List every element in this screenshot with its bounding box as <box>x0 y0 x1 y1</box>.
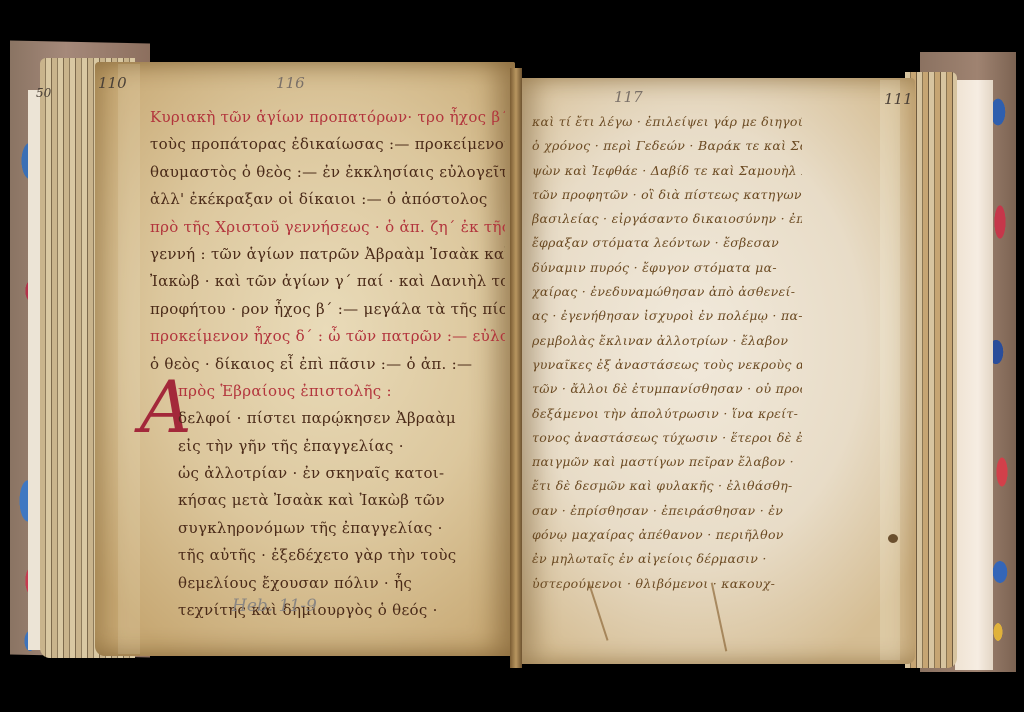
text-line: ψὼν καὶ Ἰεφθάε · Δαβίδ τε καὶ Σαμουὴλ κα… <box>532 159 802 183</box>
folio-number-right-inner: 117 <box>614 88 643 106</box>
book-gutter <box>510 68 522 668</box>
pencil-annotation: Heb. 11-9 <box>232 596 317 616</box>
text-line: πρὸ τῆς Χριστοῦ γεννήσεως · ὁ ἀπ. ζη΄ ἐκ… <box>150 214 505 241</box>
endpaper-right <box>955 80 993 670</box>
text-line: ὡς ἀλλοτρίαν · ἐν σκηναῖς κατοι- <box>150 460 505 487</box>
folio-number-left-inner: 116 <box>276 74 305 92</box>
text-line: ἐν μηλωταῖς ἐν αἰγείοις δέρμασιν · <box>532 547 802 571</box>
text-line: δεξάμενοι τὴν ἀπολύτρωσιν · ἵνα κρείτ- <box>532 402 802 426</box>
text-line: τῆς αὐτῆς · ἐξεδέχετο γὰρ τὴν τοὺς <box>150 542 505 569</box>
text-line: ὁ θεὸς · δίκαιος εἶ ἐπὶ πᾶσιν :— ὁ ἀπ. :… <box>150 351 505 378</box>
text-line: συγκληρονόμων τῆς ἐπαγγελίας · <box>150 515 505 542</box>
text-line: προφήτου · ρον ἦχος β΄ :— μεγάλα τὰ τῆς … <box>150 296 505 323</box>
text-line: τῶν προφητῶν · οἳ διὰ πίστεως κατηγωνίσα… <box>532 183 802 207</box>
text-line: γυναῖκες ἐξ ἀναστάσεως τοὺς νεκροὺς αὐ- <box>532 353 802 377</box>
text-line: ὁ χρόνος · περὶ Γεδεών · Βαράκ τε καὶ Σα… <box>532 134 802 158</box>
text-line: κήσας μετὰ Ἰσαὰκ καὶ Ἰακὼβ τῶν <box>150 487 505 514</box>
text-line: προκείμενον ἦχος δ΄ : ὦ τῶν πατρῶν :— εὐ… <box>150 323 505 350</box>
text-line: θεμελίους ἔχουσαν πόλιν · ἧς <box>150 570 505 597</box>
text-line: ἔτι δὲ δεσμῶν καὶ φυλακῆς · ἐλιθάσθη- <box>532 474 802 498</box>
ruling-strip-left <box>118 64 140 654</box>
text-line: τῶν · ἄλλοι δὲ ἐτυμπανίσθησαν · οὐ προσ- <box>532 377 802 401</box>
text-line: Κυριακὴ τῶν ἁγίων προπατόρων· τρο ἦχος β… <box>150 104 505 131</box>
text-line: ὑστερούμενοι · θλιβόμενοι · κακουχ- <box>532 572 802 596</box>
text-line: δελφοί · πίστει παρῴκησεν Ἀβραὰμ <box>150 405 505 432</box>
text-line: σαν · ἐπρίσθησαν · ἐπειράσθησαν · ἐν <box>532 499 802 523</box>
folio-number-left-outer: 110 <box>98 74 127 92</box>
ink-blot <box>888 534 898 543</box>
folio-number-right-outer: 111 <box>884 90 913 108</box>
right-page-text: καὶ τί ἔτι λέγω · ἐπιλείψει γάρ με διηγο… <box>532 110 802 596</box>
text-line: γεννή : τῶν ἁγίων πατρῶν Ἀβραὰμ Ἰσαὰκ κα… <box>150 241 505 268</box>
left-page-text: Κυριακὴ τῶν ἁγίων προπατόρων· τρο ἦχος β… <box>150 104 505 624</box>
text-line: ας · ἐγενήθησαν ἰσχυροὶ ἐν πολέμῳ · πα- <box>532 304 802 328</box>
text-line: καὶ τί ἔτι λέγω · ἐπιλείψει γάρ με διηγο… <box>532 110 802 134</box>
text-line: τονος ἀναστάσεως τύχωσιν · ἕτεροι δὲ ἐμ- <box>532 426 802 450</box>
text-line: ἀλλ' ἐκέκραξαν οἱ δίκαιοι :— ὁ ἀπόστολος <box>150 186 505 213</box>
text-line: παιγμῶν καὶ μαστίγων πεῖραν ἔλαβον · <box>532 450 802 474</box>
text-line: ρεμβολὰς ἔκλιναν ἀλλοτρίων · ἔλαβον <box>532 329 802 353</box>
ruling-strip-right <box>880 80 900 660</box>
text-line: τοὺς προπάτορας ἐδικαίωσας :— προκείμενο… <box>150 131 505 158</box>
text-line: χαίρας · ἐνεδυναμώθησαν ἀπὸ ἀσθενεί- <box>532 280 802 304</box>
text-line: τεχνίτης καὶ δημιουργὸς ὁ θεός · <box>150 597 505 624</box>
text-line: φόνῳ μαχαίρας ἀπέθανον · περιῆλθον <box>532 523 802 547</box>
text-line: βασιλείας · εἰργάσαντο δικαιοσύνην · ἐπέ… <box>532 207 802 231</box>
text-line: δύναμιν πυρός · ἔφυγον στόματα μα- <box>532 256 802 280</box>
text-line: πρὸς Ἑβραίους ἐπιστολῆς : <box>150 378 505 405</box>
text-line: θαυμαστὸς ὁ θεὸς :— ἐν ἐκκλησίαις εὐλογε… <box>150 159 505 186</box>
text-line: ἔφραξαν στόματα λεόντων · ἔσβεσαν <box>532 231 802 255</box>
text-line: Ἰακὼβ · καὶ τῶν ἁγίων γ΄ παί · καὶ Δανιὴ… <box>150 268 505 295</box>
text-line: εἰς τὴν γῆν τῆς ἐπαγγελίας · <box>150 433 505 460</box>
stack-mark: 50 <box>36 86 51 100</box>
